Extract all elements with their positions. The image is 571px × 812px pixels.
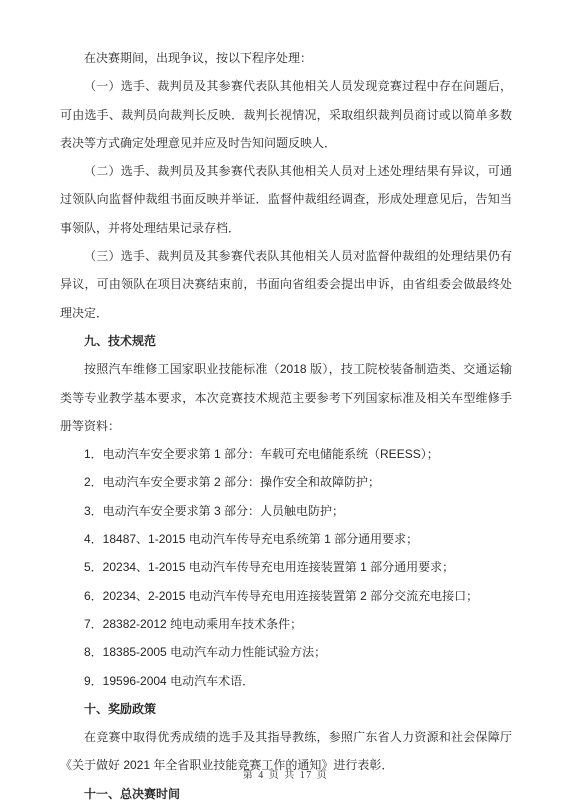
page-number: 第 4 页 共 17 页 — [0, 766, 571, 781]
heading-reward-policy: 十、奖励政策 — [60, 695, 512, 723]
list-item-standard-2: 2．电动汽车安全要求第 2 部分：操作安全和故障防护； — [60, 468, 512, 496]
paragraph-procedure-3: （三）选手、裁判员及其参赛代表队其他相关人员对监督仲裁组的处理结果仍有异议，可由… — [60, 242, 512, 327]
paragraph-procedure-2: （二）选手、裁判员及其参赛代表队其他相关人员对上述处理结果有异议，可通过领队向监… — [60, 157, 512, 242]
document-body: 在决赛期间，出现争议，按以下程序处理： （一）选手、裁判员及其参赛代表队其他相关… — [60, 44, 512, 808]
list-item-standard-6: 6．20234、2-2015 电动汽车传导充电用连接装置第 2 部分交流充电接口… — [60, 582, 512, 610]
paragraph-dispute-intro: 在决赛期间，出现争议，按以下程序处理： — [60, 44, 512, 72]
paragraph-procedure-1: （一）选手、裁判员及其参赛代表队其他相关人员发现竞赛过程中存在问题后，可由选手、… — [60, 72, 512, 157]
list-item-standard-7: 7．28382-2012 纯电动乘用车技术条件； — [60, 610, 512, 638]
list-item-standard-4: 4．18487、1-2015 电动汽车传导充电系统第 1 部分通用要求； — [60, 525, 512, 553]
list-item-standard-9: 9．19596-2004 电动汽车术语． — [60, 667, 512, 695]
heading-technical-specs: 九、技术规范 — [60, 327, 512, 355]
paragraph-specs-intro: 按照汽车维修工国家职业技能标准（2018 版），技工院校装备制造类、交通运输类等… — [60, 355, 512, 440]
heading-finals-time: 十一、总决赛时间 — [60, 780, 512, 808]
list-item-standard-8: 8．18385-2005 电动汽车动力性能试验方法； — [60, 638, 512, 666]
list-item-standard-1: 1．电动汽车安全要求第 1 部分：车载可充电储能系统（REESS）； — [60, 440, 512, 468]
document-page: 在决赛期间，出现争议，按以下程序处理： （一）选手、裁判员及其参赛代表队其他相关… — [0, 0, 571, 812]
list-item-standard-5: 5．20234、1-2015 电动汽车传导充电用连接装置第 1 部分通用要求； — [60, 553, 512, 581]
list-item-standard-3: 3．电动汽车安全要求第 3 部分：人员触电防护； — [60, 497, 512, 525]
